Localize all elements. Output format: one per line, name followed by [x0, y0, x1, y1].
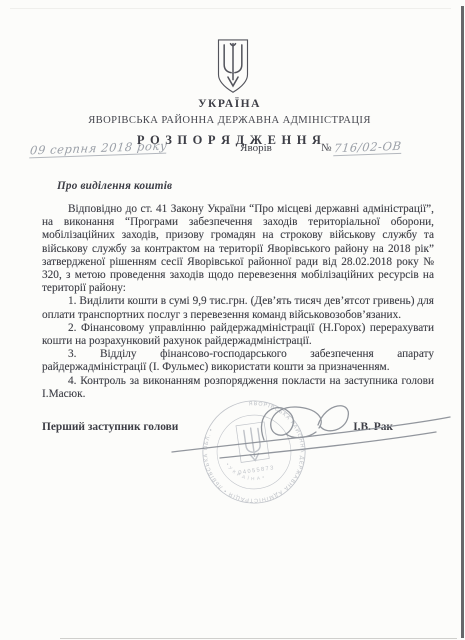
scanned-document-page: УКРАЇНА ЯВОРІВСЬКА РАЙОННА ДЕРЖАВНА АДМІ… [0, 0, 465, 640]
handwritten-number: 716/02-ОВ [333, 139, 402, 156]
place-name: Яворів [203, 139, 309, 154]
date-place-number-row: 09 серпня 2018 року Яворів № 716/02-ОВ [30, 139, 439, 157]
number-field: № 716/02-ОВ [321, 139, 439, 155]
document-body: Відповідно до ст. 41 Закону України “Про… [42, 203, 434, 401]
signatory-title: Перший заступник голови [42, 421, 178, 433]
scan-edge-bottom [60, 638, 457, 639]
ukraine-trident-emblem-icon [214, 38, 252, 96]
pen-signature [168, 394, 454, 476]
list-item: 3. Відділу фінансово-господарського забе… [42, 348, 434, 374]
scan-edge-top [10, 8, 451, 9]
intro-paragraph: Відповідно до ст. 41 Закону України “Про… [42, 203, 434, 295]
authority-title: ЯВОРІВСЬКА РАЙОННА ДЕРЖАВНА АДМІНІСТРАЦІ… [0, 115, 459, 126]
number-sign: № [321, 142, 332, 154]
list-item: 2. Фінансовому управлінню райдержадмініс… [42, 322, 434, 348]
handwritten-date: 09 серпня 2018 року [29, 139, 168, 159]
date-field: 09 серпня 2018 року [30, 139, 215, 157]
country-title: УКРАЇНА [0, 98, 459, 110]
scan-edge-right [461, 6, 464, 638]
list-item: 1. Виділити кошти в сумі 9,9 тис.грн. (Д… [42, 295, 434, 321]
document-subject: Про виділення коштів [57, 180, 172, 192]
